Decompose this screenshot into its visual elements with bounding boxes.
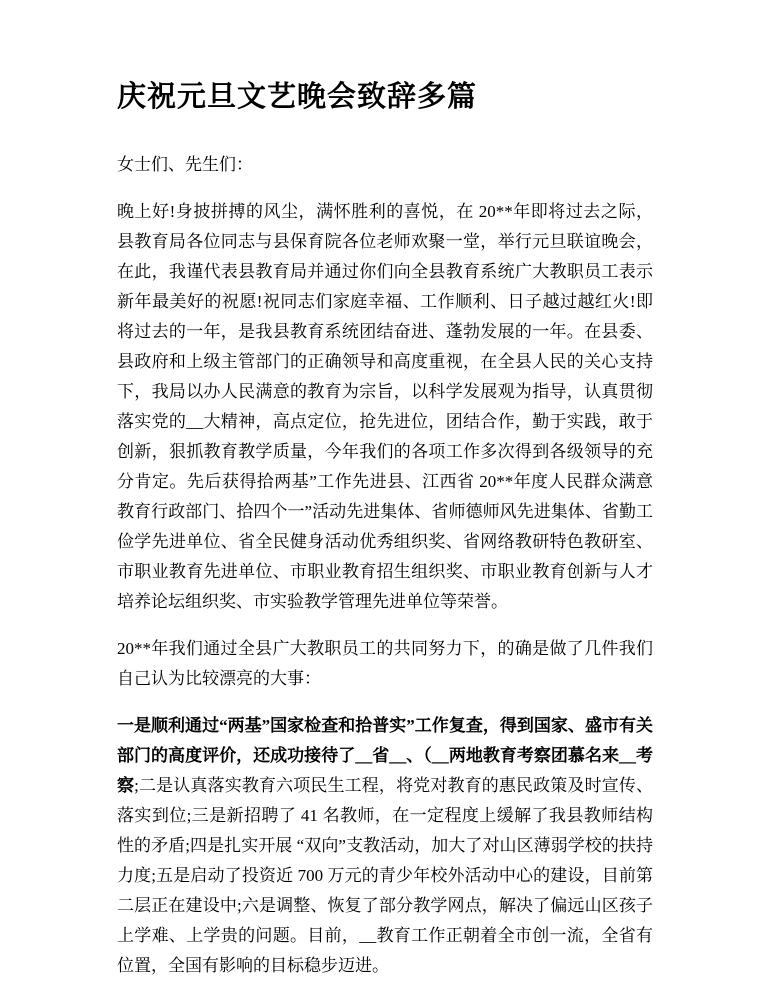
achievements-regular-segment: ;二是认真落实教育六项民生工程，将党对教育的惠民政策及时宣传、落实到位;三是新招…: [117, 776, 653, 975]
salutation-line: 女士们、先生们：: [117, 150, 653, 180]
paragraph-achievements-intro: 20**年我们通过全县广大教职员工的共同努力下，的确是做了几件我们自己认为比较漂…: [117, 634, 653, 694]
document-title: 庆祝元旦文艺晚会致辞多篇: [117, 78, 653, 116]
paragraph-opening-greeting: 晚上好!身披拼搏的风尘，满怀胜利的喜悦，在 20**年即将过去之际，县教育局各位…: [117, 197, 653, 617]
document-page: 庆祝元旦文艺晚会致辞多篇 女士们、先生们： 晚上好!身披拼搏的风尘，满怀胜利的喜…: [117, 78, 653, 998]
paragraph-achievements-list: 一是顺利通过“两基”国家检查和拾普实”工作复查，得到国家、盛市有关部门的高度评价…: [117, 711, 653, 981]
